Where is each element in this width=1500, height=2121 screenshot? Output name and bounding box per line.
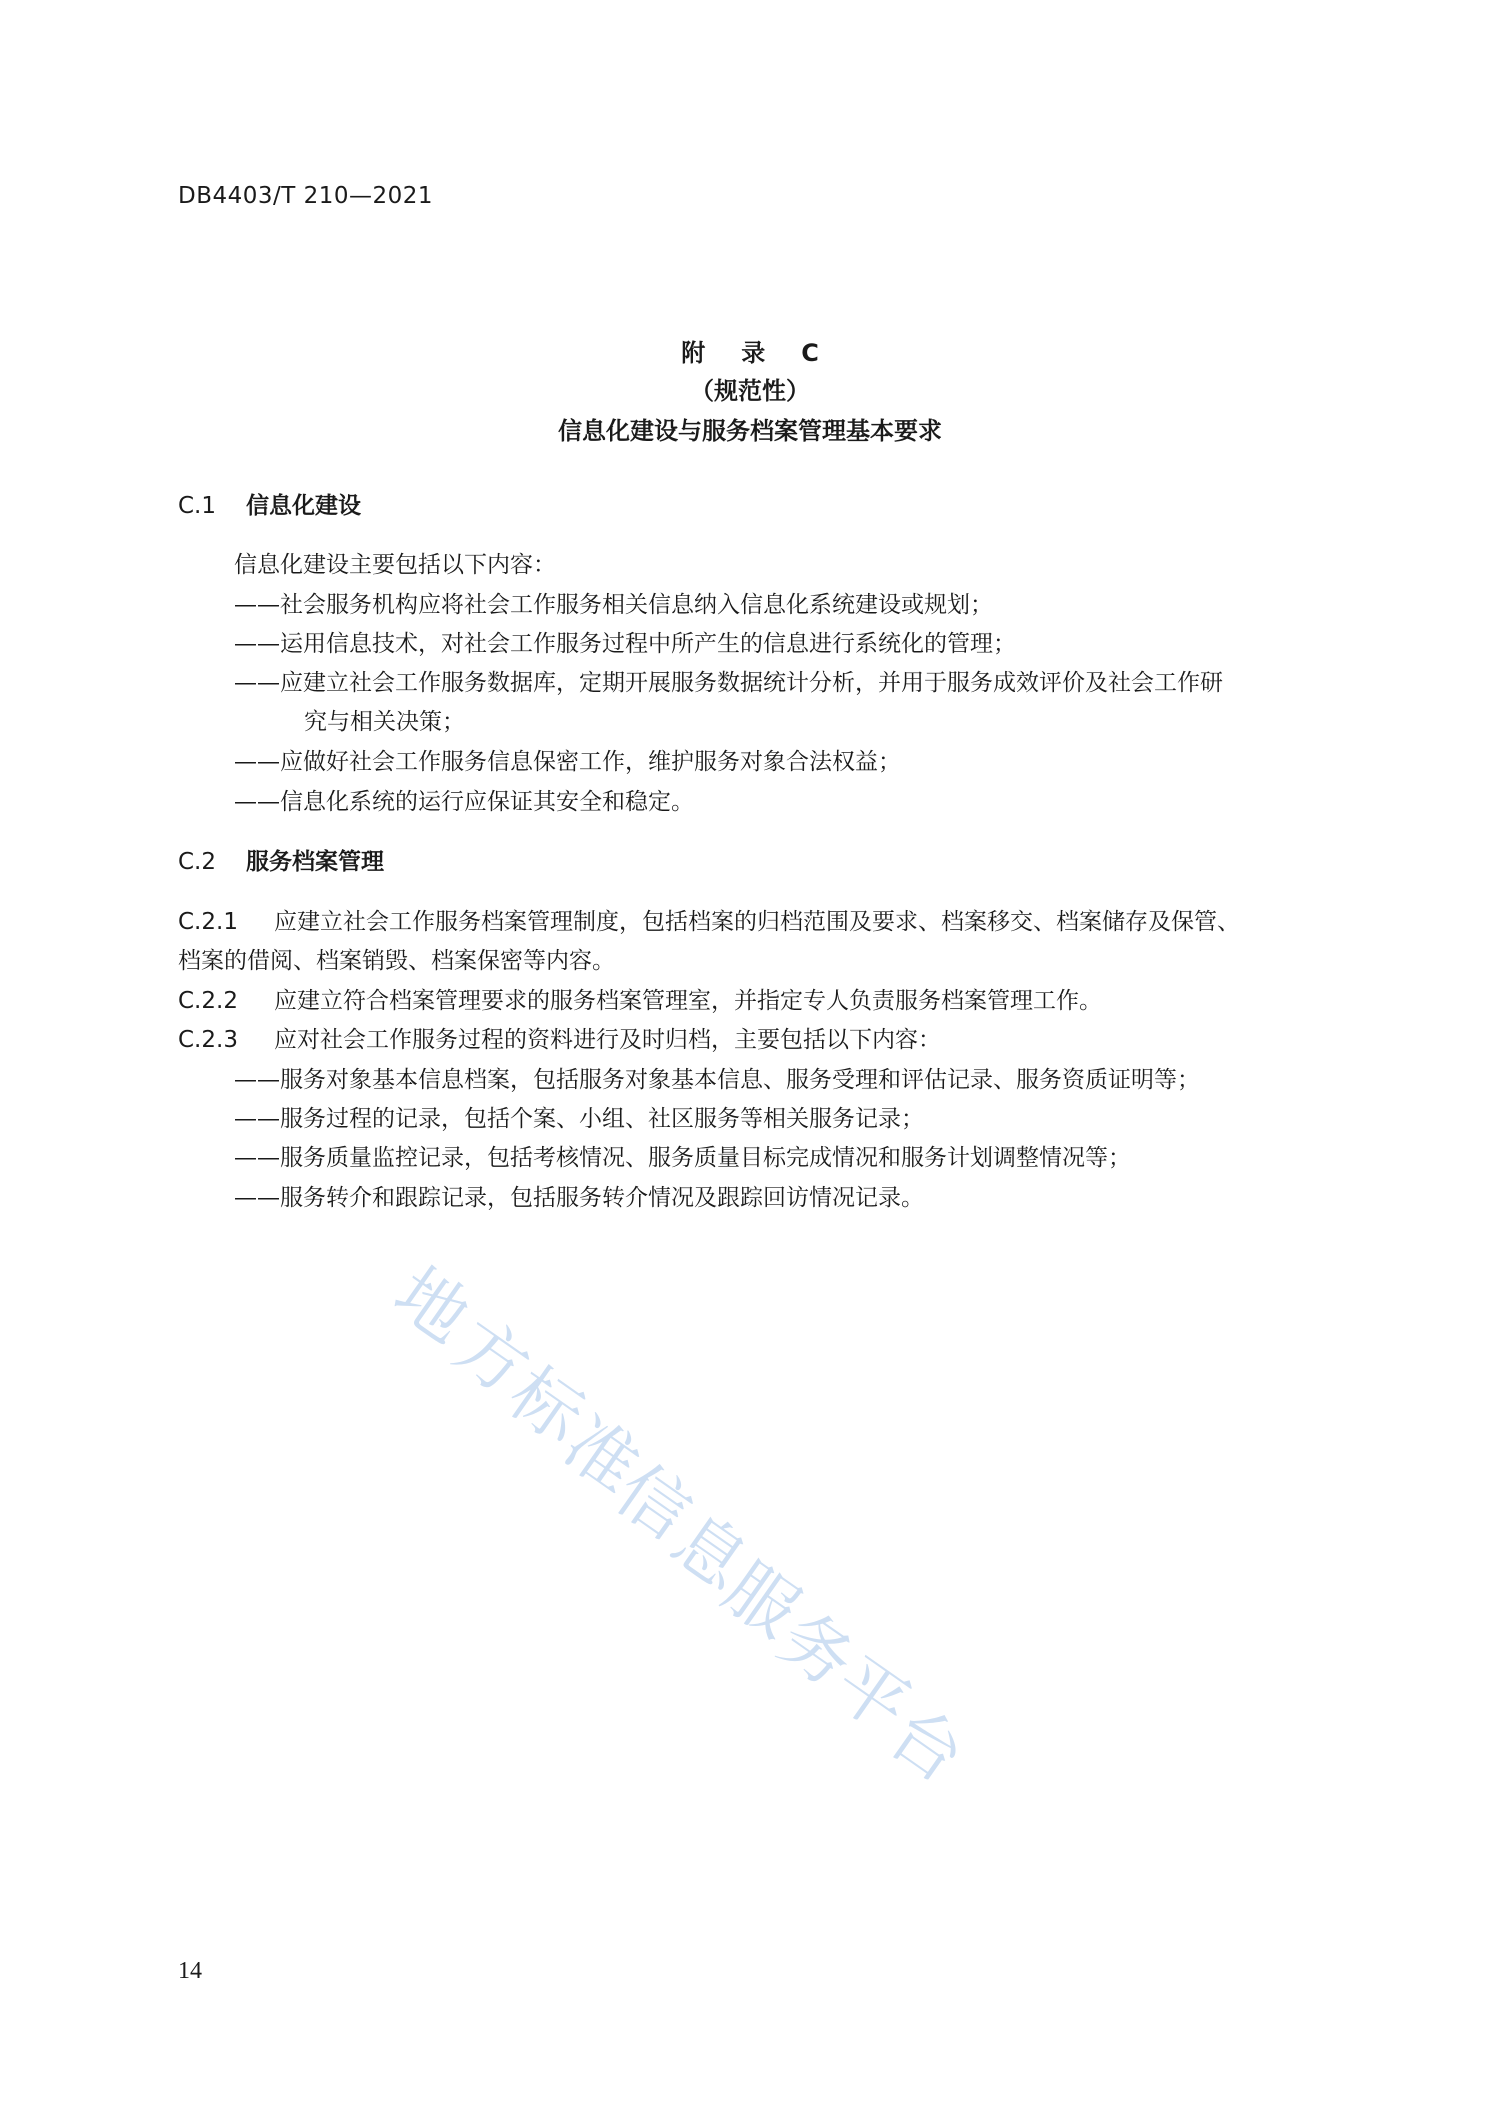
- clause-number: C.2.3: [178, 1027, 274, 1053]
- standard-code-header: DB4403/T 210—2021: [178, 183, 433, 209]
- clause-c2-3: C.2.3应对社会工作服务过程的资料进行及时归档，主要包括以下内容：: [178, 1021, 941, 1054]
- list-item: ——服务对象基本信息档案，包括服务对象基本信息、服务受理和评估记录、服务资质证明…: [234, 1061, 1200, 1094]
- annex-label-part: C: [801, 339, 819, 367]
- page-number: 14: [178, 1958, 202, 1985]
- annex-type: （规范性）: [0, 371, 1500, 406]
- clause-c2-2: C.2.2应建立符合档案管理要求的服务档案管理室，并指定专人负责服务档案管理工作…: [178, 982, 1102, 1015]
- list-item: ——服务过程的记录，包括个案、小组、社区服务等相关服务记录；: [234, 1100, 924, 1133]
- list-item: ——应做好社会工作服务信息保密工作，维护服务对象合法权益；: [234, 743, 901, 776]
- watermark-char: 平: [817, 1629, 932, 1752]
- annex-label: 附录C: [0, 333, 1500, 368]
- watermark-char: 息: [655, 1486, 770, 1609]
- watermark-char: 服: [707, 1534, 822, 1657]
- list-item: ——应建立社会工作服务数据库，定期开展服务数据统计分析，并用于服务成效评价及社会…: [234, 664, 1223, 697]
- annex-title: 信息化建设与服务档案管理基本要求: [0, 411, 1500, 446]
- list-item: ——信息化系统的运行应保证其安全和稳定。: [234, 783, 694, 816]
- clause-number: C.2.1: [178, 909, 274, 935]
- section-number: C.1: [178, 493, 246, 519]
- watermark-char: 台: [872, 1679, 987, 1802]
- section-heading-c1: C.1信息化建设: [178, 487, 361, 520]
- clause-text: 应对社会工作服务过程的资料进行及时归档，主要包括以下内容：: [274, 1027, 941, 1053]
- watermark-char: 务: [762, 1584, 877, 1707]
- list-item: ——服务转介和跟踪记录，包括服务转介情况及跟踪回访情况记录。: [234, 1179, 924, 1212]
- section-title: 服务档案管理: [246, 849, 384, 875]
- annex-label-part: 录: [741, 333, 765, 368]
- clause-continuation: 档案的借阅、档案销毁、档案保密等内容。: [178, 942, 615, 975]
- section-number: C.2: [178, 849, 246, 875]
- watermark-char: 标: [492, 1339, 607, 1462]
- watermark: 地 方 标 准 信 息 服 务 平 台: [400, 1240, 1300, 1800]
- list-item: ——运用信息技术，对社会工作服务过程中所产生的信息进行系统化的管理；: [234, 625, 1016, 658]
- list-item-continuation: 究与相关决策；: [304, 703, 465, 736]
- section-heading-c2: C.2服务档案管理: [178, 843, 384, 876]
- clause-text: 应建立符合档案管理要求的服务档案管理室，并指定专人负责服务档案管理工作。: [274, 988, 1102, 1014]
- annex-label-part: 附: [681, 333, 705, 368]
- list-item: ——社会服务机构应将社会工作服务相关信息纳入信息化系统建设或规划；: [234, 586, 993, 619]
- clause-text: 应建立社会工作服务档案管理制度，包括档案的归档范围及要求、档案移交、档案储存及保…: [274, 909, 1240, 935]
- clause-number: C.2.2: [178, 988, 274, 1014]
- watermark-char: 方: [437, 1291, 552, 1414]
- clause-c2-1: C.2.1应建立社会工作服务档案管理制度，包括档案的归档范围及要求、档案移交、档…: [178, 903, 1240, 936]
- list-item: ——服务质量监控记录，包括考核情况、服务质量目标完成情况和服务计划调整情况等；: [234, 1139, 1131, 1172]
- section-title: 信息化建设: [246, 493, 361, 519]
- watermark-char: 信: [599, 1436, 714, 1559]
- section-intro: 信息化建设主要包括以下内容：: [234, 546, 556, 579]
- watermark-char: 准: [547, 1389, 662, 1512]
- watermark-char: 地: [377, 1239, 492, 1362]
